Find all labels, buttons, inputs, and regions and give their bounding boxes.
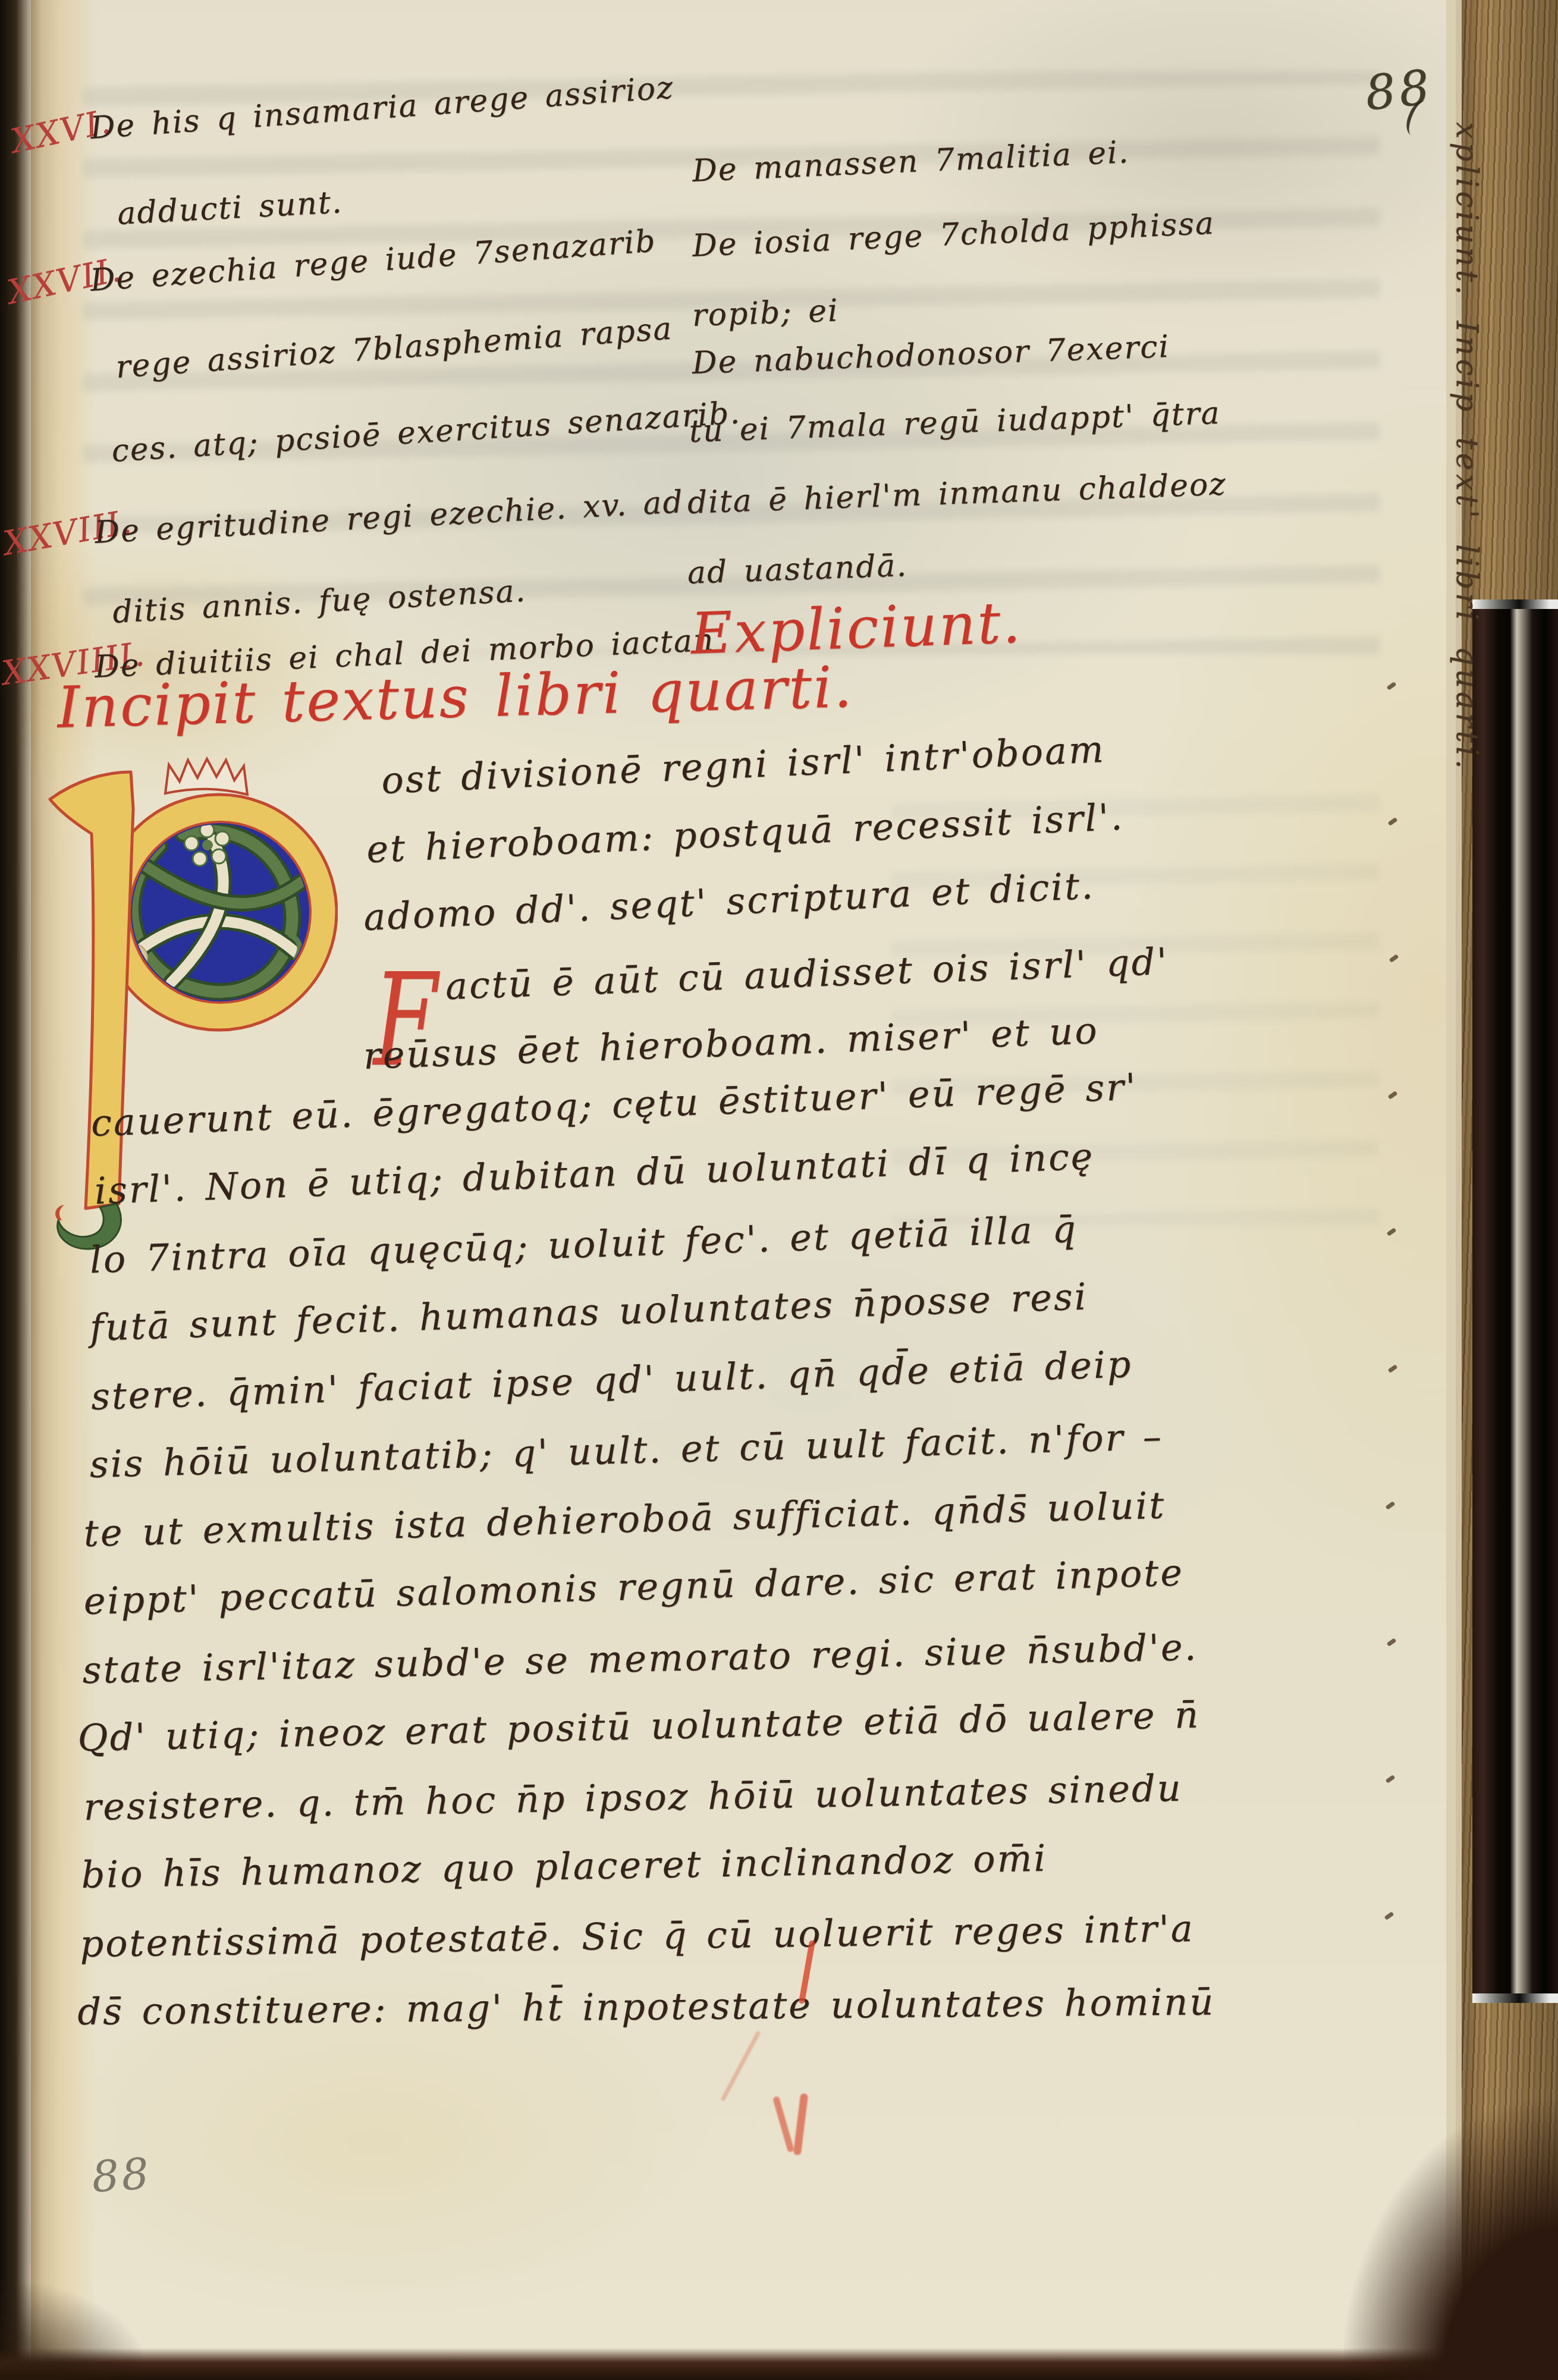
text-line: et hieroboam: postquā recessit isrl'. <box>366 798 1124 868</box>
bottom-left-cover-corner <box>0 2285 143 2380</box>
text-line: reūsus ēet hieroboam. miser' et uo <box>363 1012 1100 1075</box>
index-entry-line: ditis annis. fuę ostensa. <box>112 576 527 628</box>
index-entry-line: ces. atq; pcsioē exercitus senazarib. <box>111 397 742 467</box>
text-line: bio hīs humanoz quo placeret inclinandoz… <box>81 1840 1048 1894</box>
index-entry-line: De his q insamaria arege assirioz <box>89 72 675 143</box>
text-line: eippt' peccatū salomonis regnū dare. sic… <box>83 1555 1185 1620</box>
text-line: Qd' utiq; ineoz erat positū uoluntate et… <box>77 1696 1201 1757</box>
bottom-cover-edge <box>0 2348 1558 2380</box>
strap-top-cap <box>1472 599 1558 609</box>
index-entry-line: rege assirioz 7blasphemia rapsa <box>115 313 674 383</box>
pricking-mark <box>1387 1364 1397 1373</box>
pricking-mark <box>1385 1775 1395 1784</box>
bottom-right-cover-corner <box>1344 2100 1558 2380</box>
index-entry-line: dita ē hierl'm inmanu chaldeoz <box>687 469 1227 519</box>
pricking-mark <box>1385 1501 1395 1510</box>
index-entry-line: ad uastandā. <box>687 550 908 589</box>
text-line: sis hōiū uoluntatib; q' uult. et cū uult… <box>89 1418 1164 1483</box>
pricking-mark <box>1386 1638 1396 1647</box>
text-line: resistere. q. tm̄ hoc n̄p ipsoz hōiū uol… <box>83 1770 1183 1826</box>
book-weight-strap <box>1472 599 1558 2003</box>
pricking-mark <box>1387 1091 1397 1100</box>
text-line: potentissimā potestatē. Sic q̄ cū uoluer… <box>80 1910 1195 1963</box>
manuscript-page: 88 88 xpliciunt. Incip text' libri quart… <box>0 0 1558 2380</box>
pricking-mark <box>1384 1911 1394 1920</box>
index-entry-line: De egritudine regi ezechie. xv. ad <box>94 486 684 548</box>
explicit-rubric: Expliciunt. <box>690 594 1023 662</box>
index-entry-line: De ezechia rege iude 7senazarib <box>89 225 657 296</box>
folio-number-bottom: 88 <box>90 2152 152 2199</box>
red-pigment-smudge <box>793 2093 809 2156</box>
strap-bottom-cap <box>1472 1993 1558 2003</box>
text-line: stere. q̄min' faciat ipse qd' uult. qn̄ … <box>90 1346 1133 1415</box>
index-entry-line: tu ei 7mala regū iudappt' q̄tra <box>689 398 1221 447</box>
red-pigment-smudge <box>772 2096 794 2152</box>
vertical-margin-note: xpliciunt. Incip text' libri quarti. <box>1452 122 1482 773</box>
text-line: ost divisionē regni isrl' intr'oboam <box>381 731 1106 799</box>
index-entry-line: adducti sunt. <box>117 187 344 230</box>
text-line: te ut exmultis ista dehieroboā sufficiat… <box>83 1487 1166 1552</box>
pricking-mark <box>1386 682 1396 690</box>
pricking-mark <box>1387 817 1397 826</box>
index-entry-line: De nabuchodonosor 7exerci <box>692 331 1170 379</box>
index-entry-line: De manassen 7malitia ei. <box>692 137 1130 187</box>
text-line: adomo dd'. seqt' scriptura et dicit. <box>363 867 1095 936</box>
pricking-mark <box>1386 1227 1396 1236</box>
text-line: ds̄ constituere: mag' ht̄ inpotestate uo… <box>77 1983 1215 2030</box>
red-pigment-streak <box>720 2030 761 2102</box>
index-entry-line: De iosia rege 7cholda pphissa <box>692 208 1215 262</box>
index-entry-line: ropib; ei <box>692 295 839 331</box>
pricking-mark <box>1389 954 1399 963</box>
text-line: state isrl'itaz subd'e se memorato regi.… <box>82 1629 1198 1689</box>
text-line: actū ē aūt cū audisset ois isrl' qd' <box>445 943 1169 1005</box>
text-line: futā sunt fecit. humanas uoluntates n̄po… <box>89 1278 1088 1346</box>
